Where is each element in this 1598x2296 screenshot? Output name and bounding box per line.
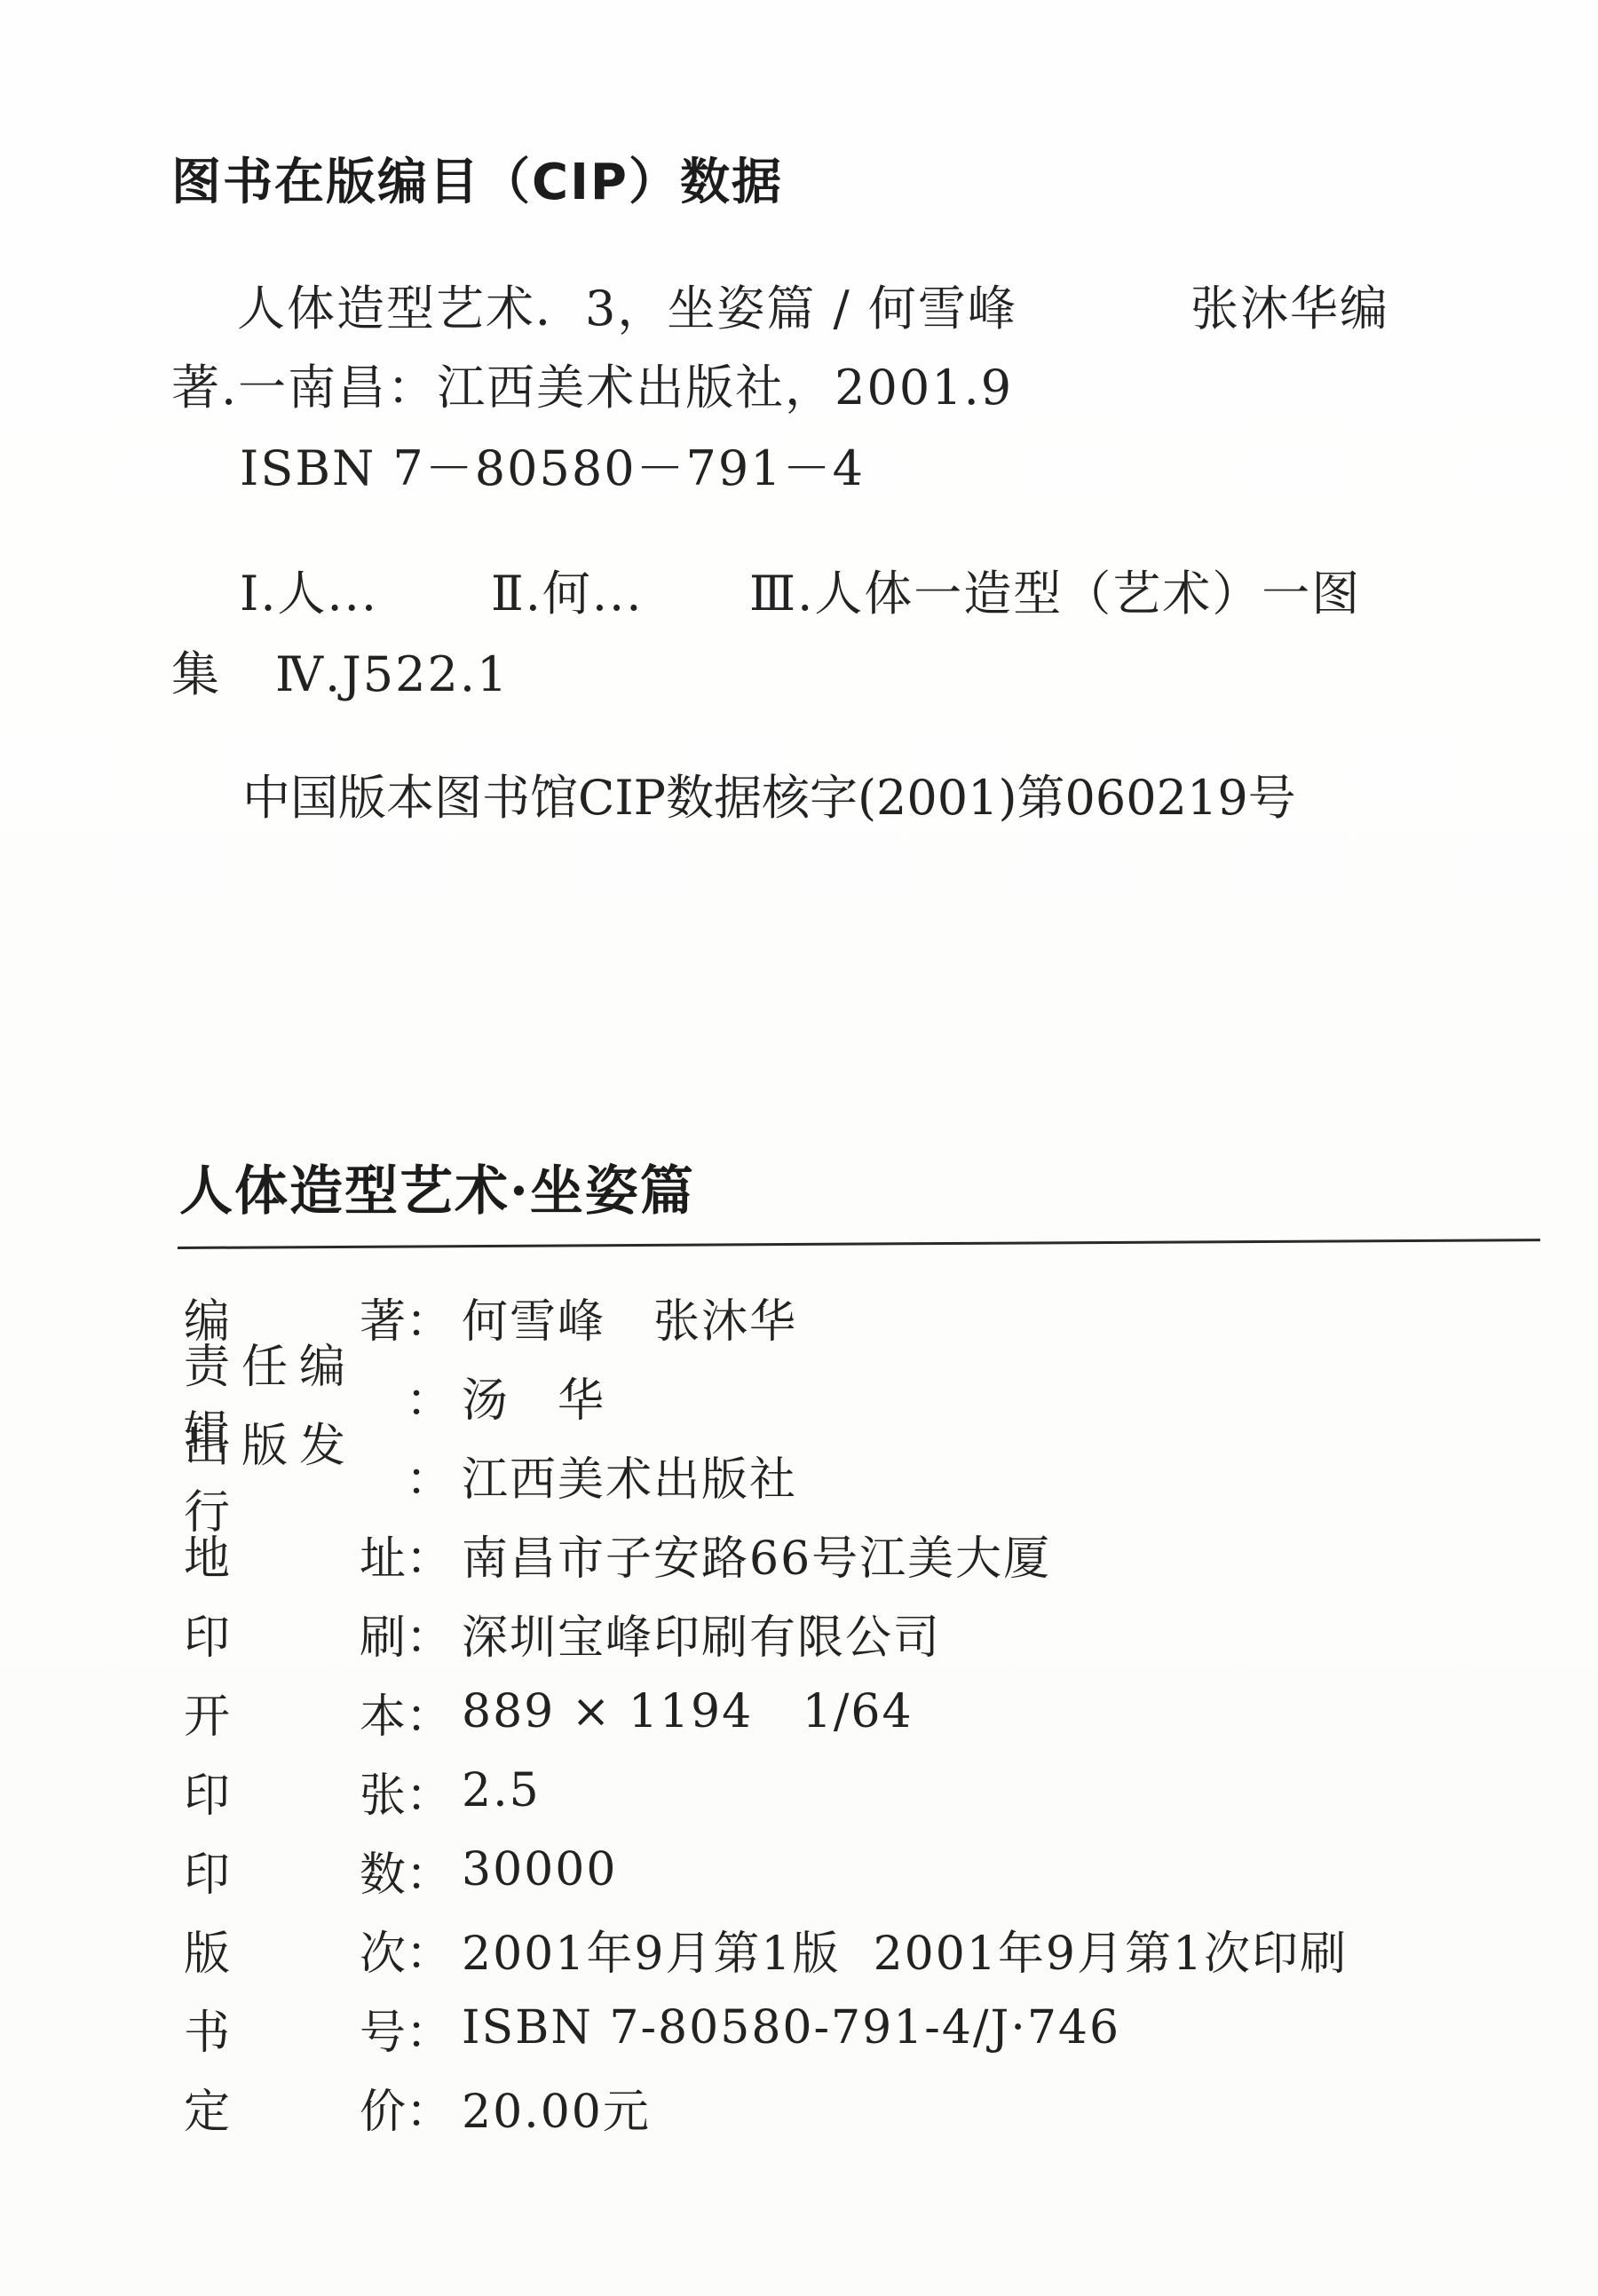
- colophon-row-address: 地 址 ： 南昌市子安路66号江美大厦: [184, 1527, 1051, 1580]
- colophon-row-sheets: 印 张 ： 2.5: [184, 1764, 541, 1817]
- cip-heading: 图书在版编目（CIP）数据: [171, 158, 783, 208]
- row-colon: ：: [406, 1284, 462, 1350]
- row-colon: ：: [406, 1679, 462, 1746]
- row-colon: ：: [406, 1363, 462, 1429]
- row-label: 书 号: [184, 1995, 406, 2062]
- book-title: 人体造型艺术·坐姿篇: [179, 1165, 695, 1218]
- cip-subject-3-continued: 集: [171, 651, 221, 699]
- row-value: 20.00元: [462, 2074, 651, 2141]
- row-label: 印 数: [184, 1837, 406, 1904]
- cip-title-line-editor: 张沐华编: [1191, 285, 1389, 333]
- row-value: 2001年9月第1版 2001年9月第1次印刷: [462, 1916, 1348, 1983]
- row-value: 何雪峰 张沐华: [462, 1284, 797, 1350]
- colophon-row-format: 开 本 ： 889 × 1194 1/64: [184, 1685, 914, 1738]
- cip-subject-3: Ⅲ.人体一造型（艺术）一图: [749, 570, 1361, 618]
- row-colon: ：: [406, 2074, 462, 2141]
- row-value: 南昌市子安路66号江美大厦: [462, 1521, 1051, 1587]
- row-label: 印 张: [184, 1758, 406, 1825]
- cip-subject-2: Ⅱ.何...: [491, 570, 643, 618]
- row-colon: ：: [406, 1837, 462, 1904]
- cip-title-line: 人体造型艺术．3，坐姿篇 / 何雪峰: [237, 285, 1017, 333]
- colophon-row-price: 定 价 ： 20.00元: [184, 2080, 651, 2134]
- colophon-row-isbn: 书 号 ： ISBN 7-80580-791-4/J·746: [184, 2001, 1120, 2055]
- colophon-row-print-run: 印 数 ： 30000: [184, 1843, 617, 1896]
- row-value: 2.5: [462, 1764, 541, 1817]
- colophon-row-edition: 版 次 ： 2001年9月第1版 2001年9月第1次印刷: [184, 1922, 1348, 1975]
- row-colon: ：: [406, 1916, 462, 1983]
- row-label: 地 址: [184, 1521, 406, 1587]
- colophon-row-publisher: 出版发行 ： 江西美术出版社: [184, 1448, 797, 1501]
- row-colon: ：: [406, 1995, 462, 2062]
- cip-subject-1: Ⅰ.人...: [240, 570, 378, 618]
- row-value: ISBN 7-80580-791-4/J·746: [462, 2001, 1120, 2055]
- copyright-page: 图书在版编目（CIP）数据 人体造型艺术．3，坐姿篇 / 何雪峰 张沐华编 著.…: [0, 0, 1598, 2296]
- row-colon: ：: [406, 1521, 462, 1587]
- colophon-row-printer: 印 刷 ： 深圳宝峰印刷有限公司: [184, 1606, 941, 1659]
- cip-isbn-line: ISBN 7－80580－791－4: [240, 445, 865, 493]
- row-label: 印 刷: [184, 1600, 406, 1667]
- row-colon: ：: [406, 1442, 462, 1508]
- row-value: 30000: [462, 1843, 617, 1896]
- row-label: 开 本: [184, 1679, 406, 1746]
- divider-rule: [178, 1239, 1540, 1249]
- row-label: 定 价: [184, 2074, 406, 2141]
- row-value: 889 × 1194 1/64: [462, 1685, 914, 1738]
- cip-imprint-line: 著.一南昌：江西美术出版社，2001.9: [171, 364, 1013, 412]
- row-colon: ：: [406, 1758, 462, 1825]
- row-value: 江西美术出版社: [462, 1442, 797, 1508]
- row-label: 版 次: [184, 1916, 406, 1983]
- row-colon: ：: [406, 1600, 462, 1667]
- cip-approval-number: 中国版本图书馆CIP数据核字(2001)第060219号: [242, 774, 1296, 822]
- cip-subject-4: Ⅳ.J522.1: [275, 651, 509, 699]
- row-value: 深圳宝峰印刷有限公司: [462, 1600, 941, 1667]
- row-value: 汤 华: [462, 1363, 605, 1429]
